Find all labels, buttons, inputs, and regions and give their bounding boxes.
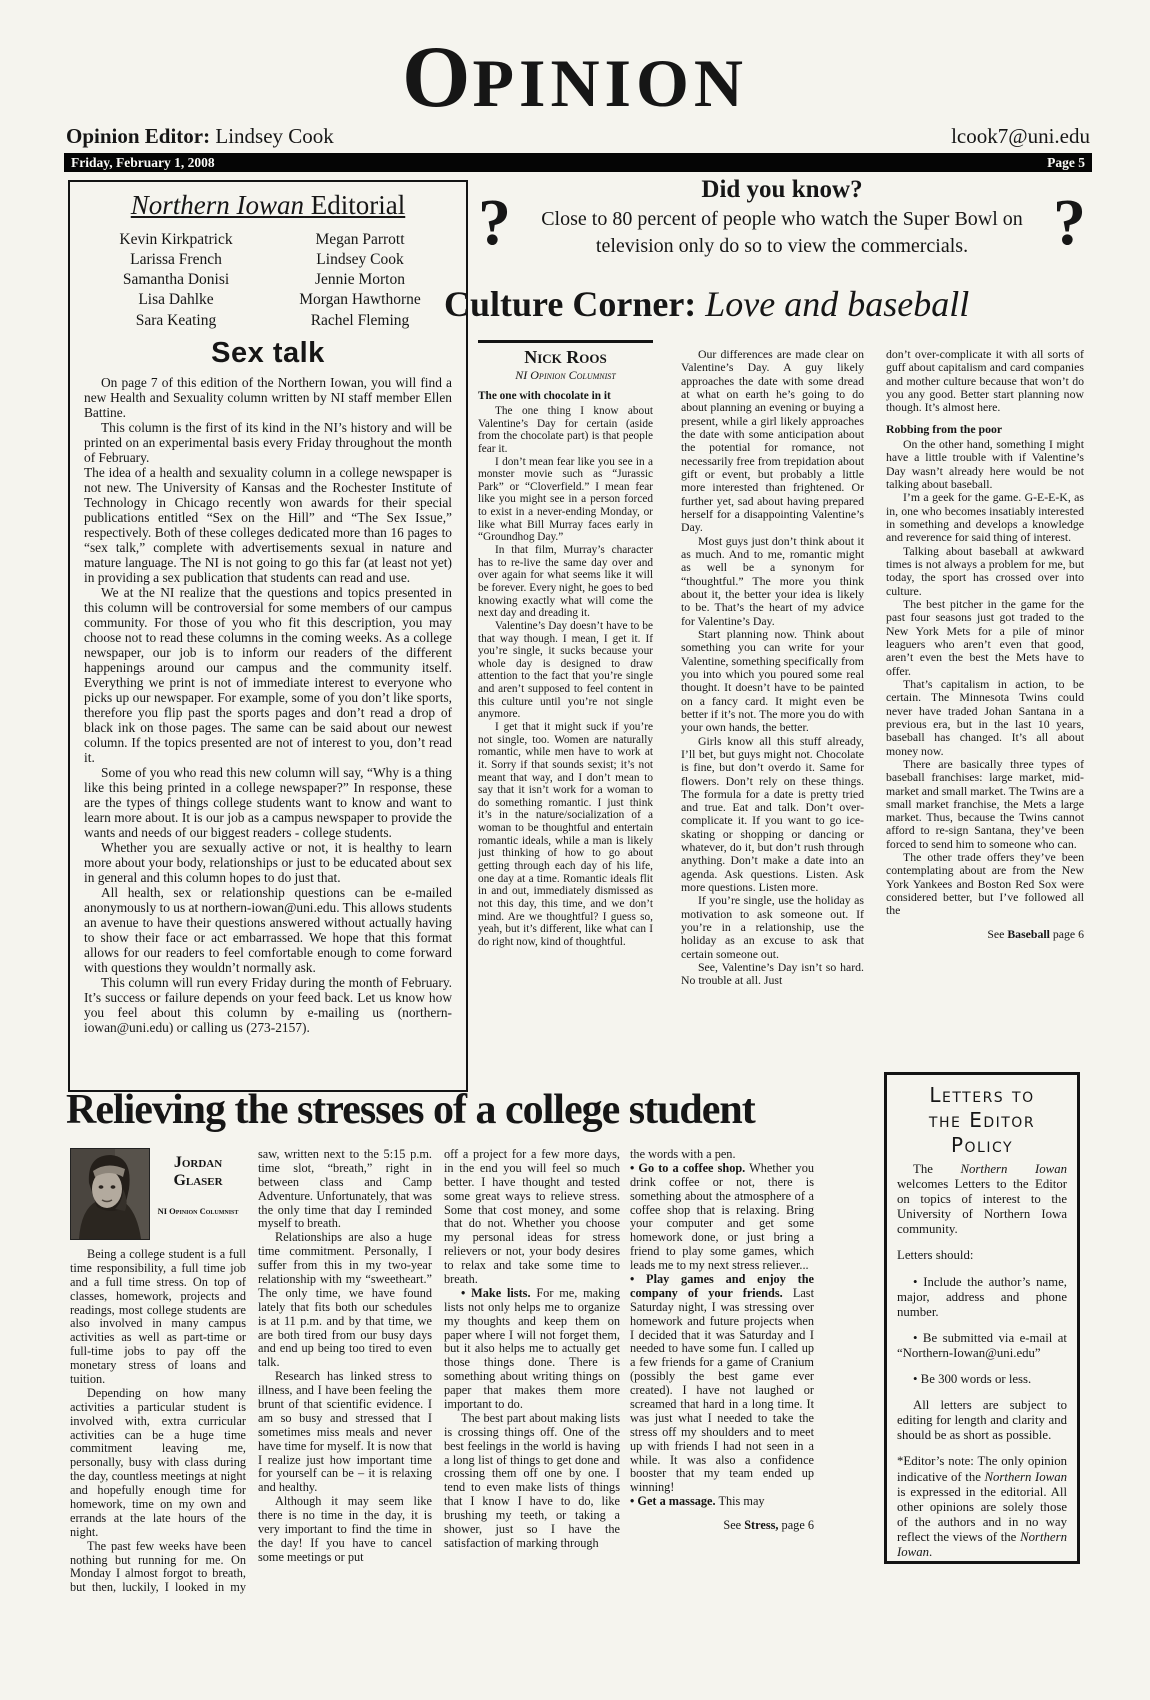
paragraph: • Make lists. For me, making lists not o… [444, 1287, 620, 1412]
byline-title: NI Opinion Columnist [150, 1207, 246, 1217]
page-title: OPINION [0, 34, 1150, 122]
editorial-heading-italic: Northern Iowan [131, 190, 304, 220]
paragraph: Our differences are made clear on Valent… [681, 348, 864, 535]
paragraph: I get that it might suck if you’re not s… [478, 721, 653, 949]
stress-byline: Jordan Glaser NI Opinion Columnist [70, 1148, 246, 1240]
paragraph: The best part about making lists is cros… [444, 1412, 620, 1551]
paragraph: don’t over-complicate it with all sorts … [886, 348, 1084, 415]
opinion-editor-name: Lindsey Cook [210, 124, 334, 148]
stress-byline-name-block: Jordan Glaser NI Opinion Columnist [150, 1148, 246, 1240]
paragraph: Depending on how many activities a parti… [70, 1387, 246, 1540]
paragraph: On page 7 of this edition of the Norther… [84, 375, 452, 420]
stress-column-3: off a project for a few more days, in th… [444, 1148, 620, 1596]
paragraph: All health, sex or relationship question… [84, 885, 452, 975]
list-item: Rachel Fleming [268, 311, 452, 331]
paragraph: This column will run every Friday during… [84, 975, 452, 1035]
paragraph: The idea of a health and sexuality colum… [84, 465, 452, 585]
columnist-photo [70, 1148, 150, 1240]
paragraph: Girls know all this stuff already, I’ll … [681, 735, 864, 895]
paragraph: I don’t mean fear like you see in a mons… [478, 456, 653, 544]
editorial-names-left: Kevin KirkpatrickLarissa FrenchSamantha … [84, 230, 268, 331]
editorial-names-right: Megan ParrottLindsey CookJennie MortonMo… [268, 230, 452, 331]
paragraph: Relationships are also a huge time commi… [258, 1231, 432, 1370]
letters-heading-line: Letters to [897, 1083, 1067, 1108]
byline-name: Nick Roos [478, 348, 653, 367]
paragraph: saw, written next to the 5:15 p.m. time … [258, 1148, 432, 1231]
paragraph: That’s capitalism in action, to be certa… [886, 678, 1084, 758]
letters-heading-line: the Editor [897, 1108, 1067, 1133]
paragraph: There are basically three types of baseb… [886, 758, 1084, 851]
opinion-editor-label: Opinion Editor: [66, 124, 210, 148]
paragraph: The other trade offers they’ve been cont… [886, 851, 1084, 918]
culture-corner-title-bold: Culture Corner: [444, 284, 696, 324]
byline-last-name: Glaser [150, 1172, 246, 1190]
list-item: Lindsey Cook [268, 250, 452, 270]
paragraph: Valentine’s Day doesn’t have to be that … [478, 620, 653, 721]
paragraph: Talking about baseball at awkward times … [886, 545, 1084, 598]
date-text: Friday, February 1, 2008 [71, 155, 215, 171]
date-bar: Friday, February 1, 2008 Page 5 [64, 153, 1092, 172]
editorial-heading: Northern Iowan Editorial [84, 190, 452, 221]
byline-first-name: Jordan [150, 1154, 246, 1172]
letters-policy-box: Letters to the Editor Policy The Norther… [884, 1072, 1080, 1564]
paragraph: Start planning now. Think about somethin… [681, 628, 864, 735]
paragraph: In that film, Murray’s character has to … [478, 544, 653, 620]
paragraph: • Play games and enjoy the company of yo… [630, 1273, 814, 1495]
paragraph: The Northern Iowan welcomes Letters to t… [897, 1162, 1067, 1237]
stress-column-2: saw, written next to the 5:15 p.m. time … [258, 1148, 432, 1596]
paragraph: • Go to a coffee shop. Whether you drink… [630, 1162, 814, 1273]
culture-corner-title-italic: Love and baseball [696, 284, 969, 324]
culture-corner-column-1: Nick Roos NI Opinion Columnist The one w… [478, 340, 653, 1016]
paragraph: Although it may seem like there is no ti… [258, 1495, 432, 1564]
did-you-know: ? Did you know? Close to 80 percent of p… [472, 176, 1092, 260]
paragraph: The past few weeks have been nothing but… [70, 1540, 246, 1596]
editor-line: Opinion Editor: Lindsey Cook lcook7@uni.… [66, 124, 1090, 149]
paragraph: off a project for a few more days, in th… [444, 1148, 620, 1287]
paragraph: The one with chocolate in it [478, 390, 653, 403]
paragraph: • Be 300 words or less. [897, 1372, 1067, 1387]
byline-nick-roos: Nick Roos NI Opinion Columnist [478, 340, 653, 382]
paragraph: Robbing from the poor [886, 423, 1084, 436]
opinion-editor: Opinion Editor: Lindsey Cook [66, 124, 334, 149]
question-mark-icon: ? [1047, 185, 1092, 251]
byline-title: NI Opinion Columnist [478, 369, 653, 382]
paragraph: • Get a massage. This may [630, 1495, 814, 1509]
paragraph: the words with a pen. [630, 1148, 814, 1162]
sex-talk-title: Sex talk [84, 337, 452, 370]
list-item: Morgan Hawthorne [268, 290, 452, 310]
paragraph: Some of you who read this new column wil… [84, 765, 452, 840]
paragraph: Most guys just don’t think about it as m… [681, 535, 864, 628]
page-number: Page 5 [1047, 155, 1085, 171]
did-you-know-heading: Did you know? [517, 176, 1047, 204]
list-item: Jennie Morton [268, 270, 452, 290]
did-you-know-content: Did you know? Close to 80 percent of peo… [517, 176, 1047, 260]
list-item: Larissa French [84, 250, 268, 270]
paragraph: Being a college student is a full time r… [70, 1248, 246, 1387]
page-title-initial: O [402, 29, 472, 126]
paragraph: See, Valentine’s Day isn’t so hard. No t… [681, 961, 864, 988]
editor-email: lcook7@uni.edu [951, 124, 1090, 149]
list-item: Megan Parrott [268, 230, 452, 250]
list-item: Kevin Kirkpatrick [84, 230, 268, 250]
paragraph: • Include the author’s name, major, addr… [897, 1275, 1067, 1320]
paragraph: See Stress, page 6 [630, 1519, 814, 1533]
editorial-box: Northern Iowan Editorial Kevin Kirkpatri… [68, 180, 468, 1092]
letters-policy-body: The Northern Iowan welcomes Letters to t… [897, 1162, 1067, 1560]
list-item: Lisa Dahlke [84, 290, 268, 310]
culture-corner-headline: Culture Corner: Love and baseball [444, 286, 969, 322]
stress-headline: Relieving the stresses of a college stud… [66, 1086, 755, 1134]
culture-corner-col1-text: The one with chocolate in itThe one thin… [478, 390, 653, 948]
paragraph: Letters should: [897, 1248, 1067, 1263]
list-item: Samantha Donisi [84, 270, 268, 290]
paragraph: On the other hand, something I might hav… [886, 438, 1084, 491]
paragraph: The best pitcher in the game for the pas… [886, 598, 1084, 678]
letters-heading-line: Policy [897, 1133, 1067, 1158]
letters-policy-heading: Letters to the Editor Policy [897, 1083, 1067, 1158]
paragraph: All letters are subject to editing for l… [897, 1398, 1067, 1443]
newspaper-page: OPINION Opinion Editor: Lindsey Cook lco… [0, 0, 1150, 1700]
paragraph: Whether you are sexually active or not, … [84, 840, 452, 885]
did-you-know-text: Close to 80 percent of people who watch … [517, 206, 1047, 260]
paragraph: I’m a geek for the game. G-E-E-K, as in,… [886, 491, 1084, 544]
editorial-staff-names: Kevin KirkpatrickLarissa FrenchSamantha … [84, 230, 452, 331]
paragraph: If you’re single, use the holiday as mot… [681, 894, 864, 961]
paragraph: The one thing I know about Valentine’s D… [478, 405, 653, 456]
stress-column-1: Jordan Glaser NI Opinion Columnist Being… [70, 1148, 246, 1596]
list-item: Sara Keating [84, 311, 268, 331]
sex-talk-body: On page 7 of this edition of the Norther… [84, 375, 452, 1035]
paragraph: This column is the first of its kind in … [84, 420, 452, 465]
stress-column-4: the words with a pen.• Go to a coffee sh… [630, 1148, 814, 1596]
paragraph: See Baseball page 6 [886, 928, 1084, 941]
editorial-heading-rest: Editorial [304, 190, 405, 220]
paragraph: We at the NI realize that the questions … [84, 585, 452, 765]
paragraph: • Be submitted via e-mail at “Northern-I… [897, 1331, 1067, 1361]
stress-col1-text: Being a college student is a full time r… [70, 1248, 246, 1596]
question-mark-icon: ? [472, 185, 517, 251]
page-title-rest: PINION [472, 45, 748, 121]
paragraph: Research has linked stress to illness, a… [258, 1370, 432, 1495]
culture-corner-column-2: Our differences are made clear on Valent… [681, 340, 864, 1024]
paragraph: *Editor’s note: The only opinion indicat… [897, 1454, 1067, 1560]
culture-corner-column-3: don’t over-complicate it with all sorts … [886, 340, 1084, 1024]
